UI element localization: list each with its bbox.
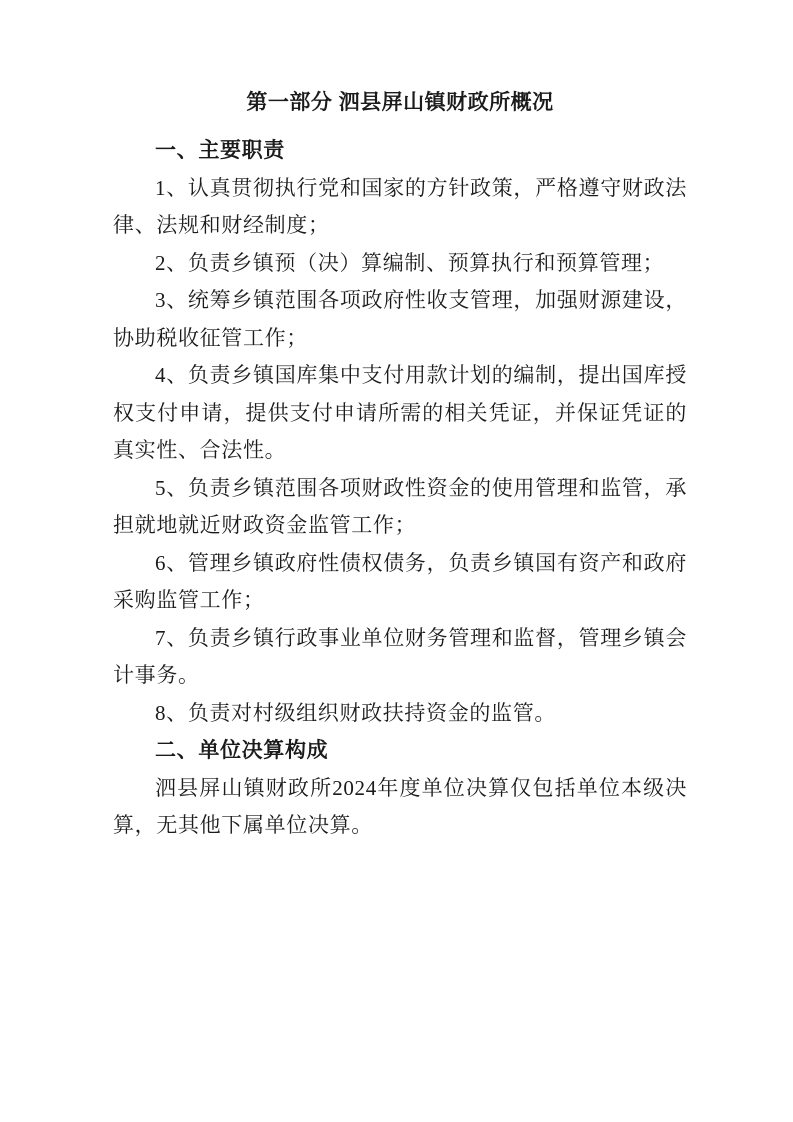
paragraph-duty-1: 1、认真贯彻执行党和国家的方针政策，严格遵守财政法律、法规和财经制度； [113,170,687,245]
document-page: 第一部分 泗县屏山镇财政所概况 一、主要职责 1、认真贯彻执行党和国家的方针政策… [0,0,793,1122]
section-heading-main-duties: 一、主要职责 [113,132,687,170]
paragraph-duty-3: 3、统筹乡镇范围各项政府性收支管理，加强财源建设，协助税收征管工作； [113,282,687,357]
paragraph-duty-5: 5、负责乡镇范围各项财政性资金的使用管理和监管，承担就地就近财政资金监管工作； [113,470,687,545]
paragraph-duty-4: 4、负责乡镇国库集中支付用款计划的编制，提出国库授权支付申请，提供支付申请所需的… [113,357,687,470]
paragraph-budget-composition: 泗县屏山镇财政所2024年度单位决算仅包括单位本级决算，无其他下属单位决算。 [113,770,687,845]
paragraph-duty-2: 2、负责乡镇预（决）算编制、预算执行和预算管理； [113,245,687,283]
document-title: 第一部分 泗县屏山镇财政所概况 [113,88,687,118]
section-heading-budget-composition: 二、单位决算构成 [113,732,687,770]
paragraph-duty-6: 6、管理乡镇政府性债权债务，负责乡镇国有资产和政府采购监管工作； [113,545,687,620]
paragraph-duty-8: 8、负责对村级组织财政扶持资金的监管。 [113,695,687,733]
paragraph-duty-7: 7、负责乡镇行政事业单位财务管理和监督，管理乡镇会计事务。 [113,620,687,695]
